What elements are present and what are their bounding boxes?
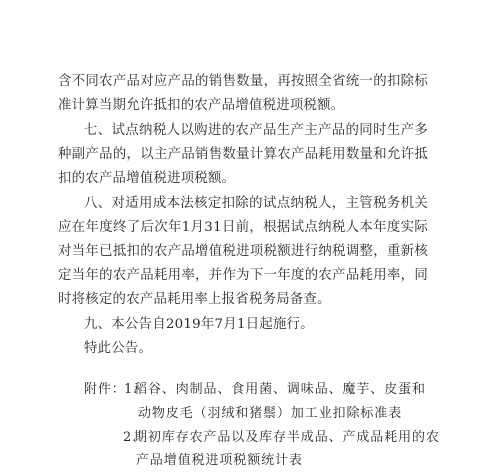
paragraph-7-line-3: 扣的农产品增值税进项税额。: [58, 169, 428, 189]
paragraph-9-line-1: 九、本公告自2019年7月1日起施行。: [84, 315, 428, 335]
attachments-label: 附件：: [84, 380, 126, 400]
attachment-2-line-2: 产品增值税进项税额统计表: [136, 451, 303, 471]
paragraph-8-line-4: 定当年的农产品耗用率，并作为下一年度的农产品耗用率，同: [58, 266, 428, 286]
paragraph-7-line-2: 种副产品的，以主产品销售数量计算农产品耗用数量和允许抵: [58, 145, 428, 165]
paragraph-8-line-2: 应在年度终了后次年1月31日前，根据试点纳税人本年度实际: [58, 218, 428, 238]
paragraph-6-line-1: 含不同农产品对应产品的销售数量，再按照全省统一的扣除标: [58, 72, 428, 92]
paragraph-8-line-5: 时将核定的农产品耗用率上报省税务局备查。: [58, 290, 428, 310]
attachment-2-line-1: 期初库存农产品以及库存半成品、产成品耗用的农: [134, 428, 440, 448]
paragraph-6-line-2: 准计算当期允许抵扣的农产品增值税进项税额。: [58, 96, 428, 116]
paragraph-7-line-1: 七、试点纳税人以购进的农产品生产主产品的同时生产多: [84, 121, 428, 141]
paragraph-8-line-3: 对当年已抵扣的农产品增值税进项税额进行纳税调整，重新核: [58, 242, 428, 262]
paragraph-8-line-1: 八、对适用成本法核定扣除的试点纳税人，主管税务机关: [84, 194, 428, 214]
attachment-1-line-1: 稻谷、肉制品、食用菌、调味品、魔芋、皮蛋和: [134, 380, 426, 400]
closing-statement: 特此公告。: [84, 339, 428, 359]
attachment-1-line-2: 动物皮毛（羽绒和猪鬃）加工业扣除标准表: [138, 404, 402, 424]
document-page: 含不同农产品对应产品的销售数量，再按照全省统一的扣除标 准计算当期允许抵扣的农产…: [0, 0, 500, 476]
